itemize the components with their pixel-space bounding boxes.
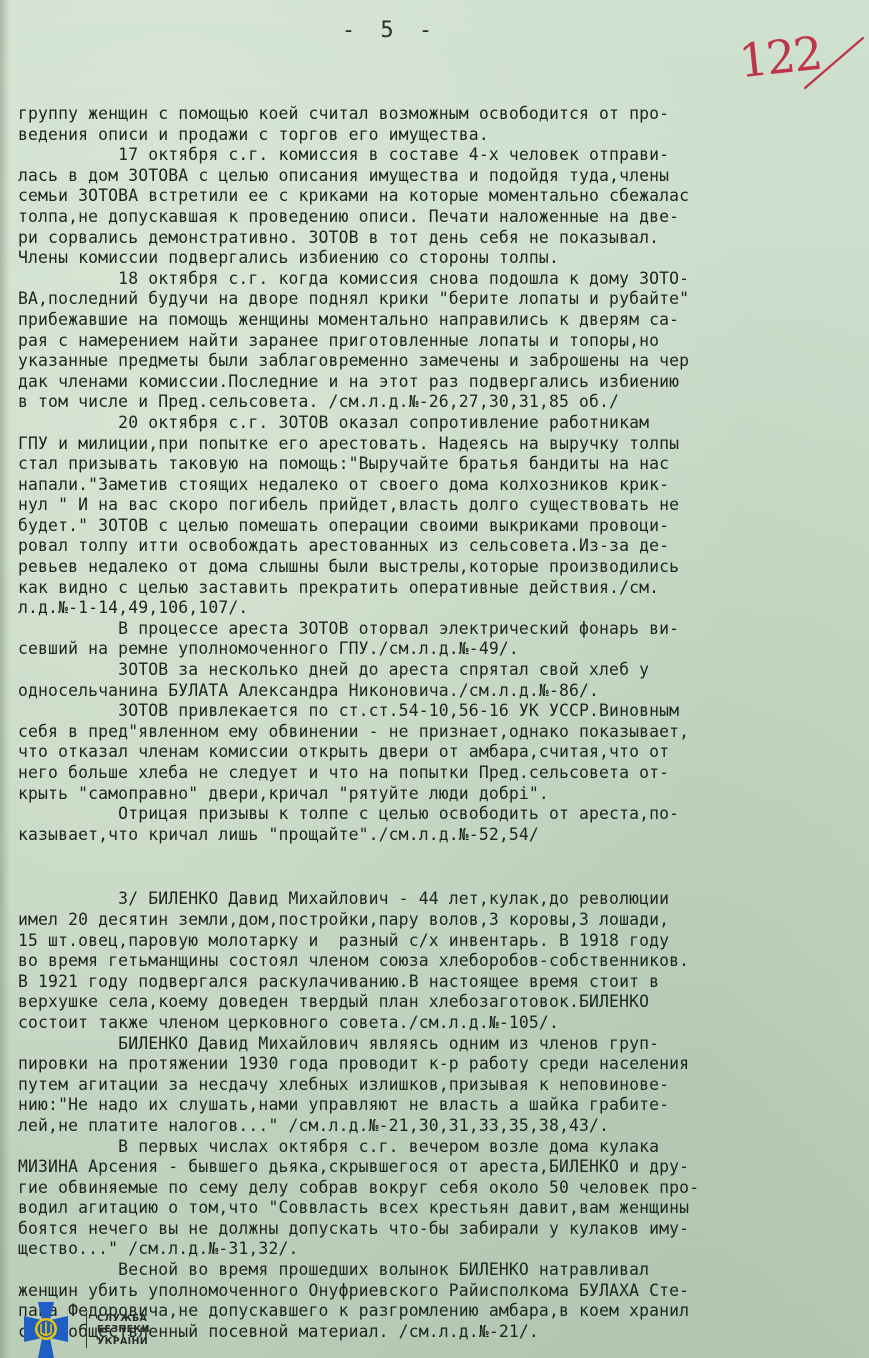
text-line: него больше хлеба не следует и что на по… [18,763,868,784]
text-line: прибежавшие на помощь женщины моментальн… [18,310,868,331]
text-line: ровал толпу итти освобождать арестованны… [18,536,868,557]
text-line: что отказал членам комиссии открыть двер… [18,742,868,763]
text-line: лась в дом ЗОТОВА с целью описания имуще… [18,166,868,187]
sbu-emblem-icon [16,1302,76,1358]
paragraph: 18 октября с.г. когда комиссия снова под… [18,269,868,413]
paragraph: 20 октября с.г. ЗОТОВ оказал сопротивлен… [18,413,868,619]
paragraph: группу женщин с помощью коей считал возм… [18,104,868,145]
text-line: Отрицая призывы к толпе с целью освободи… [18,804,868,825]
archive-sheet-number: 122 [735,30,865,105]
text-line: нию:"Не надо их слушать,нами управляют н… [18,1095,868,1116]
sbu-name-line-2: БЕЗПЕКИ [97,1324,150,1336]
paragraph: В процессе ареста ЗОТОВ оторвал электрич… [18,619,868,660]
text-line: 3/ БИЛЕНКО Давид Михайлович - 44 лет,кул… [18,889,868,910]
section-gap [18,845,868,889]
text-line: верхушке села,коему доведен твердый план… [18,992,868,1013]
text-line: щество..." /см.л.д.№-31,32/. [18,1239,868,1260]
paragraph: БИЛЕНКО Давид Михайлович являясь одним и… [18,1034,868,1137]
text-line: ЗОТОВ привлекается по ст.ст.54-10,56-16 … [18,701,868,722]
text-line: состоит также членом церковного совета./… [18,1013,868,1034]
text-line: 18 октября с.г. когда комиссия снова под… [18,269,868,290]
text-line: крыть "самоправно" двери,кричал "рятуйте… [18,784,868,805]
text-line: ГПУ и милиции,при попытке его арестовать… [18,434,868,455]
text-line: дак членами комиссии.Последние и на этот… [18,372,868,393]
text-line: водил агитацию о том,что "Соввласть всех… [18,1198,868,1219]
paragraph: ЗОТОВ за несколько дней до ареста спрята… [18,660,868,701]
text-line: ЗОТОВ за несколько дней до ареста спрята… [18,660,868,681]
sbu-name-line-1: СЛУЖБА [97,1313,150,1325]
sbu-watermark: СЛУЖБА БЕЗПЕКИ УКРАЇНИ [16,1302,150,1358]
text-line: будет." ЗОТОВ с целью помешать операции … [18,516,868,537]
text-line: 17 октября с.г. комиссия в составе 4-х ч… [18,145,868,166]
text-line: Члены комиссии подвергались избиению со … [18,248,868,269]
paragraph: В первых числах октября с.г. вечером воз… [18,1137,868,1261]
text-line: нул " И на вас скоро погибель прийдет,вл… [18,495,868,516]
paragraph: 3/ БИЛЕНКО Давид Михайлович - 44 лет,кул… [18,889,868,1033]
text-line: л.д.№-1-14,49,106,107/. [18,598,868,619]
bilenko-section: 3/ БИЛЕНКО Давид Михайлович - 44 лет,кул… [18,889,868,1342]
text-line: односельчанина БУЛАТА Александра Никонов… [18,681,868,702]
text-line: БИЛЕНКО Давид Михайлович являясь одним и… [18,1034,868,1055]
text-line: В первых числах октября с.г. вечером воз… [18,1137,868,1158]
text-line: пировки на протяжении 1930 года проводит… [18,1054,868,1075]
text-line: В процессе ареста ЗОТОВ оторвал электрич… [18,619,868,640]
document-page: - 5 - 122 группу женщин с помощью коей с… [0,0,869,1358]
text-line: себя в пред"явленном ему обвинении - не … [18,722,868,743]
sbu-name: СЛУЖБА БЕЗПЕКИ УКРАЇНИ [97,1313,150,1348]
text-line: 15 шт.овец,паровую молотарку и разный с/… [18,931,868,952]
text-line: Весной во время прошедших волынок БИЛЕНК… [18,1260,868,1281]
text-line: группу женщин с помощью коей считал возм… [18,104,868,125]
text-line: МИЗИНА Арсения - бывшего дьяка,скрывшего… [18,1157,868,1178]
text-line: ри сорвались демонстративно. ЗОТОВ в тот… [18,228,868,249]
paragraph: ЗОТОВ привлекается по ст.ст.54-10,56-16 … [18,701,868,804]
zotov-section: группу женщин с помощью коей считал возм… [18,104,868,845]
checkmark-stroke-icon [735,30,865,105]
logo-separator [86,1312,87,1348]
text-line: ревьев недалеко от дома слышны были выст… [18,557,868,578]
text-line: в том числе и Пред.сельсовета. /см.л.д.№… [18,392,868,413]
text-line: имел 20 десятин земли,дом,постройки,пару… [18,910,868,931]
text-line: как видно с целью заставить прекратить о… [18,578,868,599]
paragraph: 17 октября с.г. комиссия в составе 4-х ч… [18,145,868,269]
text-line: толпа,не допускавшая к проведению описи.… [18,207,868,228]
text-line: рая с намерением найти заранее приготовл… [18,331,868,352]
text-line: севший на ремне уполномоченного ГПУ./см.… [18,639,868,660]
document-body: группу женщин с помощью коей считал возм… [18,104,868,1342]
text-line: ВА,последний будучи на дворе поднял крик… [18,289,868,310]
text-line: указанные предметы были заблаговременно … [18,351,868,372]
text-line: боятся нечего вы не должны допускать что… [18,1219,868,1240]
text-line: напали."Заметив стоящих недалеко от свое… [18,475,868,496]
page-number: - 5 - [340,18,440,43]
paragraph: Отрицая призывы к толпе с целью освободи… [18,804,868,845]
text-line: семьи ЗОТОВА встретили ее с криками на к… [18,186,868,207]
text-line: во время гетьманщины состоял членом союз… [18,951,868,972]
text-line: В 1921 году подвергался раскулачиванию.В… [18,972,868,993]
text-line: путем агитации за несдачу хлебных излишк… [18,1075,868,1096]
text-line: стал призывать таковую на помощь:"Выруча… [18,454,868,475]
text-line: ведения описи и продажи с торгов его иму… [18,125,868,146]
text-line: женщин убить уполномоченного Онуфриевско… [18,1281,868,1302]
sbu-name-line-3: УКРАЇНИ [97,1336,150,1348]
text-line: гие обвиняемые по сему делу собрав вокру… [18,1178,868,1199]
text-line: 20 октября с.г. ЗОТОВ оказал сопротивлен… [18,413,868,434]
text-line: лей,не платите налогов..." /см.л.д.№-21,… [18,1116,868,1137]
text-line: казывает,что кричал лишь "прощайте"./см.… [18,825,868,846]
